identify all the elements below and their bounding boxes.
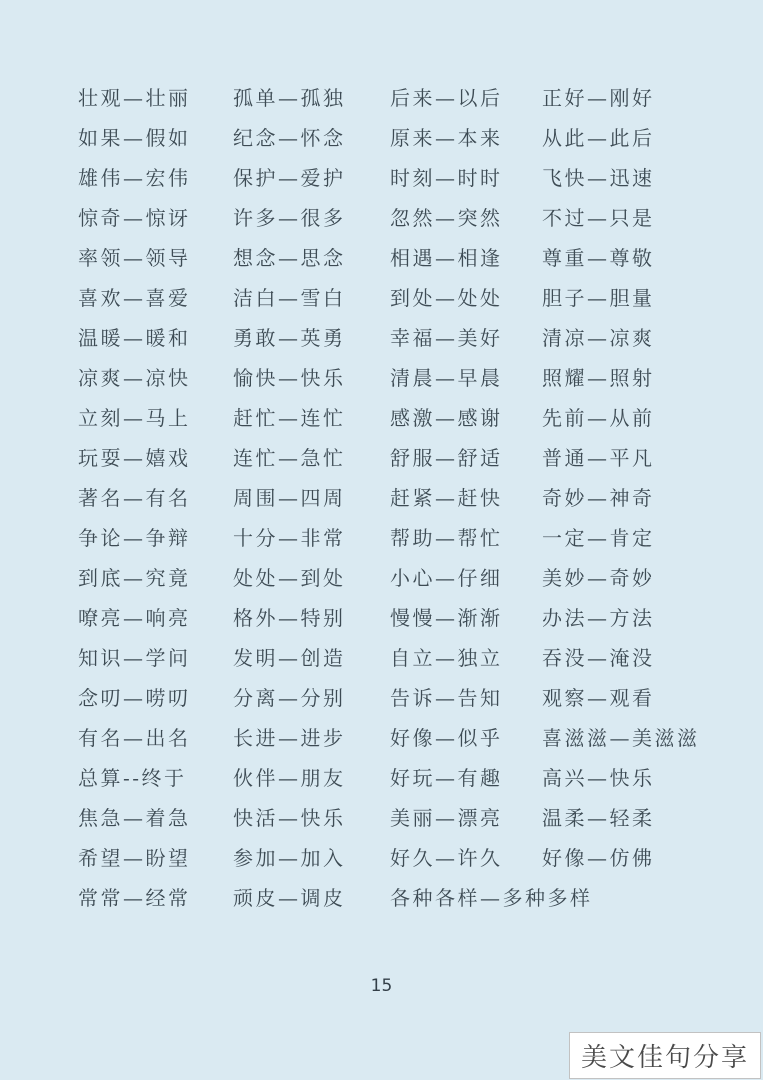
word-pair: 吞没—淹没 (542, 638, 763, 678)
word-pair: 争论—争辩 (78, 518, 233, 558)
word-pair: 美丽—漂亮 (390, 798, 542, 838)
word-pair: 相遇—相逢 (390, 238, 542, 278)
word-pair: 勇敢—英勇 (233, 318, 390, 358)
word-pair: 正好—刚好 (542, 78, 763, 118)
word-pair: 顽皮—调皮 (233, 878, 390, 918)
word-pair: 好久—许久 (390, 838, 542, 878)
word-pair: 许多—很多 (233, 198, 390, 238)
word-pair: 飞快—迅速 (542, 158, 763, 198)
word-pair: 各种各样—多种多样 (390, 878, 763, 918)
page-number: 15 (0, 976, 763, 996)
word-pair: 有名—出名 (78, 718, 233, 758)
word-pair: 时刻—时时 (390, 158, 542, 198)
word-pair: 尊重—尊敬 (542, 238, 763, 278)
word-pair: 立刻—马上 (78, 398, 233, 438)
word-pair: 十分—非常 (233, 518, 390, 558)
word-pair: 发明—创造 (233, 638, 390, 678)
word-pair: 著名—有名 (78, 478, 233, 518)
word-pair: 赶忙—连忙 (233, 398, 390, 438)
word-pair: 后来—以后 (390, 78, 542, 118)
word-pair: 处处—到处 (233, 558, 390, 598)
word-pair: 慢慢—渐渐 (390, 598, 542, 638)
word-pair: 快活—快乐 (233, 798, 390, 838)
word-pair: 清晨—早晨 (390, 358, 542, 398)
word-pair: 不过—只是 (542, 198, 763, 238)
word-pair: 好像—仿佛 (542, 838, 763, 878)
word-pair: 愉快—快乐 (233, 358, 390, 398)
word-pair: 常常—经常 (78, 878, 233, 918)
word-pair: 一定—肯定 (542, 518, 763, 558)
word-pair: 告诉—告知 (390, 678, 542, 718)
word-pair: 赶紧—赶快 (390, 478, 542, 518)
synonym-word-list: 壮观—壮丽孤单—孤独后来—以后正好—刚好如果—假如纪念—怀念原来—本来从此—此后… (78, 78, 763, 918)
word-pair: 喜欢—喜爱 (78, 278, 233, 318)
word-pair: 格外—特别 (233, 598, 390, 638)
word-pair: 帮助—帮忙 (390, 518, 542, 558)
word-pair: 参加—加入 (233, 838, 390, 878)
word-pair: 小心—仔细 (390, 558, 542, 598)
word-pair: 凉爽—凉快 (78, 358, 233, 398)
word-pair: 温柔—轻柔 (542, 798, 763, 838)
word-pair: 普通—平凡 (542, 438, 763, 478)
word-pair: 幸福—美好 (390, 318, 542, 358)
word-pair: 想念—思念 (233, 238, 390, 278)
word-pair: 嘹亮—响亮 (78, 598, 233, 638)
word-pair: 洁白—雪白 (233, 278, 390, 318)
word-pair: 到处—处处 (390, 278, 542, 318)
document-page: 壮观—壮丽孤单—孤独后来—以后正好—刚好如果—假如纪念—怀念原来—本来从此—此后… (0, 0, 763, 1080)
word-pair: 知识—学问 (78, 638, 233, 678)
word-pair: 壮观—壮丽 (78, 78, 233, 118)
word-pair: 长进—进步 (233, 718, 390, 758)
word-pair: 希望—盼望 (78, 838, 233, 878)
word-pair: 到底—究竟 (78, 558, 233, 598)
word-pair: 雄伟—宏伟 (78, 158, 233, 198)
word-pair: 纪念—怀念 (233, 118, 390, 158)
word-pair: 周围—四周 (233, 478, 390, 518)
word-pair: 率领—领导 (78, 238, 233, 278)
word-pair: 孤单—孤独 (233, 78, 390, 118)
word-pair: 玩耍—嬉戏 (78, 438, 233, 478)
word-pair: 连忙—急忙 (233, 438, 390, 478)
word-pair: 伙伴—朋友 (233, 758, 390, 798)
word-pair: 惊奇—惊讶 (78, 198, 233, 238)
word-pair: 先前—从前 (542, 398, 763, 438)
word-pair: 从此—此后 (542, 118, 763, 158)
word-pair: 原来—本来 (390, 118, 542, 158)
word-pair: 办法—方法 (542, 598, 763, 638)
word-pair: 分离—分别 (233, 678, 390, 718)
word-pair: 喜滋滋—美滋滋 (542, 718, 763, 758)
word-pair: 自立—独立 (390, 638, 542, 678)
word-pair: 奇妙—神奇 (542, 478, 763, 518)
word-pair: 胆子—胆量 (542, 278, 763, 318)
word-pair: 温暖—暖和 (78, 318, 233, 358)
word-pair: 念叨—唠叨 (78, 678, 233, 718)
word-pair: 忽然—突然 (390, 198, 542, 238)
word-pair: 好玩—有趣 (390, 758, 542, 798)
word-pair: 保护—爱护 (233, 158, 390, 198)
watermark-box: 美文佳句分享 (569, 1032, 761, 1079)
word-pair: 舒服—舒适 (390, 438, 542, 478)
word-pair: 如果—假如 (78, 118, 233, 158)
word-pair: 感激—感谢 (390, 398, 542, 438)
word-pair: 照耀—照射 (542, 358, 763, 398)
word-pair: 观察—观看 (542, 678, 763, 718)
word-pair: 高兴—快乐 (542, 758, 763, 798)
word-pair: 清凉—凉爽 (542, 318, 763, 358)
word-pair: 好像—似乎 (390, 718, 542, 758)
word-pair: 总算--终于 (78, 758, 233, 798)
word-pair: 美妙—奇妙 (542, 558, 763, 598)
watermark-text: 美文佳句分享 (581, 1037, 749, 1074)
word-pair: 焦急—着急 (78, 798, 233, 838)
